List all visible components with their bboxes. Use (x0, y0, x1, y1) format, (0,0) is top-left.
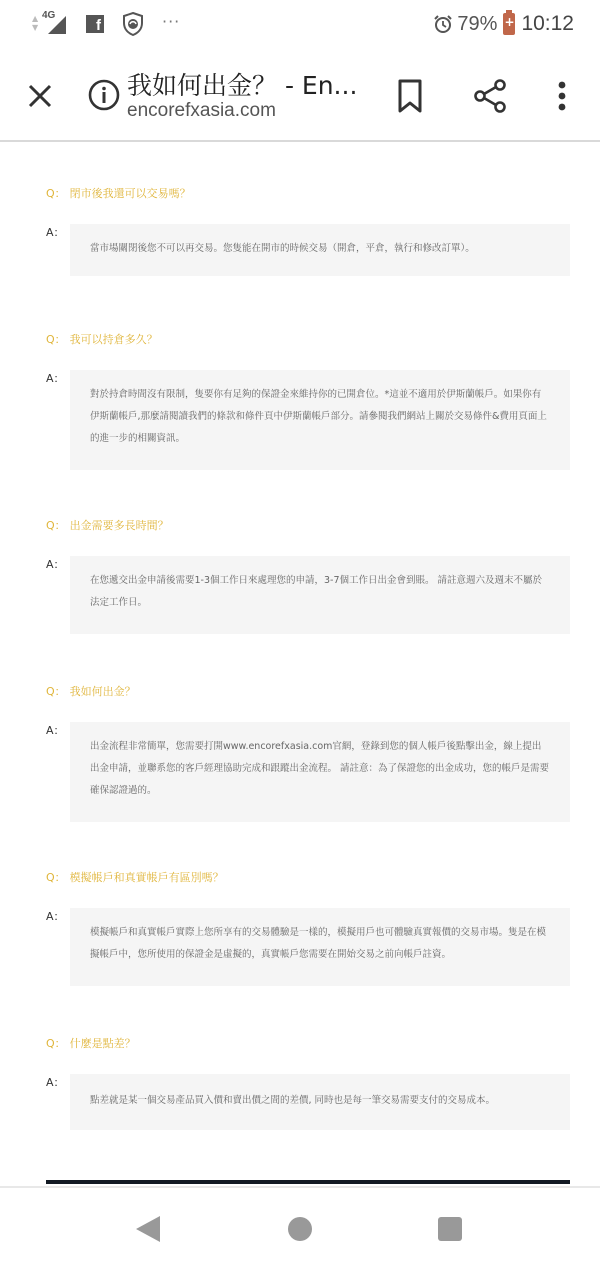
alarm-icon (433, 14, 453, 34)
page-title: 我如何出金？ - En... (127, 66, 357, 102)
bookmark-icon[interactable] (392, 76, 428, 116)
home-icon[interactable] (288, 1217, 312, 1241)
answer-label: A： (46, 556, 65, 572)
faq-question[interactable]: Q：模擬帳戶和真實帳戶有區別嗎？ (46, 868, 570, 888)
battery-icon (503, 13, 515, 35)
faq-question[interactable]: Q：閉市後我還可以交易嗎？ (46, 184, 570, 204)
facebook-icon: f (86, 15, 104, 33)
answer-label: A： (46, 224, 65, 240)
info-icon[interactable] (86, 77, 122, 113)
faq-answer: 點差就是某一個交易產品買入價和賣出價之間的差價, 同時也是每一筆交易需要支付的交… (70, 1074, 570, 1130)
more-notifications-icon: ··· (162, 12, 180, 31)
answer-label: A： (46, 370, 65, 386)
answer-label: A： (46, 908, 65, 924)
recents-icon[interactable] (438, 1217, 462, 1241)
banner-image (46, 1180, 570, 1184)
faq-answer: 對於持倉時間沒有限制，隻要你有足夠的保證金來維持你的已開倉位。*這並不適用於伊斯… (70, 370, 570, 470)
shield-icon (122, 12, 144, 36)
faq-question[interactable]: Q：我可以持倉多久？ (46, 330, 570, 350)
back-icon[interactable] (136, 1216, 160, 1242)
faq-question[interactable]: Q：我如何出金？ (46, 682, 570, 702)
clock: 10:12 (521, 12, 574, 36)
status-bar: ▲▼ 4G f ··· 79% 10:12 (0, 0, 600, 52)
share-icon[interactable] (470, 76, 510, 116)
faq-item: Q：出金需要多長時間？ A： 在您遞交出金申請後需要1-3個工作日來處理您的申請… (46, 516, 570, 634)
faq-answer: 模擬帳戶和真實帳戶實際上您所享有的交易體驗是一樣的，模擬用戶也可體驗真實報價的交… (70, 908, 570, 986)
faq-item: Q：閉市後我還可以交易嗎？ A： 當市場關閉後您不可以再交易。您隻能在開市的時候… (46, 184, 570, 276)
cellular-signal-icon: ▲▼ 4G (32, 12, 68, 36)
faq-item: Q：我可以持倉多久？ A： 對於持倉時間沒有限制，隻要你有足夠的保證金來維持你的… (46, 330, 570, 470)
faq-answer: 出金流程非常簡單，您需要打開www.encorefxasia.com官網，登錄到… (70, 722, 570, 822)
close-icon[interactable] (22, 78, 58, 114)
page-content[interactable]: Q：閉市後我還可以交易嗎？ A： 當市場關閉後您不可以再交易。您隻能在開市的時候… (0, 144, 600, 1184)
faq-answer: 當市場關閉後您不可以再交易。您隻能在開市的時候交易（開倉，平倉，執行和修改訂單）… (70, 224, 570, 276)
faq-item: Q：什麼是點差？ A： 點差就是某一個交易產品買入價和賣出價之間的差價, 同時也… (46, 1034, 570, 1130)
faq-question[interactable]: Q：什麼是點差？ (46, 1034, 570, 1054)
faq-item: Q：模擬帳戶和真實帳戶有區別嗎？ A： 模擬帳戶和真實帳戶實際上您所享有的交易體… (46, 868, 570, 986)
page-url[interactable]: encorefxasia.com (127, 100, 276, 122)
battery-percent: 79% (457, 13, 497, 36)
answer-label: A： (46, 1074, 65, 1090)
browser-toolbar: 我如何出金？ - En... encorefxasia.com (0, 52, 600, 142)
faq-item: Q：我如何出金？ A： 出金流程非常簡單，您需要打開www.encorefxas… (46, 682, 570, 822)
faq-question[interactable]: Q：出金需要多長時間？ (46, 516, 570, 536)
answer-label: A： (46, 722, 65, 738)
faq-answer: 在您遞交出金申請後需要1-3個工作日來處理您的申請，3-7個工作日出金會到賬。 … (70, 556, 570, 634)
more-vert-icon[interactable] (548, 76, 576, 116)
system-nav-bar (0, 1186, 600, 1267)
